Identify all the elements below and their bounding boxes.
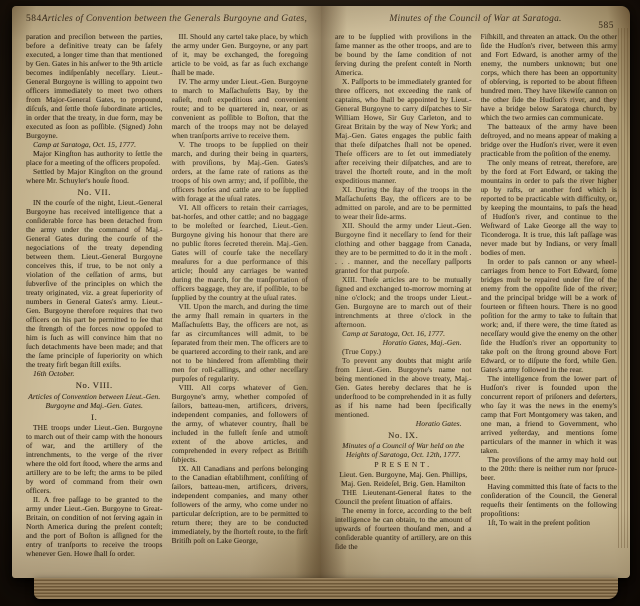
paragraph: Fiſhkill, and threaten an attack. On the… [481,32,618,122]
left-page-columns: paration and preciſion between the parti… [12,31,321,572]
paragraph: X. Paſſports to be immediately granted f… [335,77,472,185]
paragraph: Horatio Gates. [335,419,472,428]
paragraph: THE Lieutenant-General ſtates to the Cou… [335,488,472,506]
paragraph: are to be ſupplied with proviſions in th… [335,32,472,77]
paragraph: To prevent any doubts that might ariſe f… [335,356,472,419]
paragraph: Lieut. Gen. Burgoyne, Maj. Gen. Phillips… [335,470,472,488]
paragraph: IX. All Canadians and perſons belonging … [172,464,309,545]
paragraph: V. The troops to be ſupplied on their ma… [172,140,309,203]
left-page-column-1: paration and preciſion between the parti… [26,32,163,572]
paragraph: Camp at Saratoga, Oct. 16, 1777. [335,329,472,338]
left-page-header: 584 Articles of Convention between the G… [26,14,307,28]
paragraph: VIII. All corps whatever of Gen. Burgoyn… [172,383,309,464]
right-page-column-2: Fiſhkill, and threaten an attack. On the… [481,32,618,572]
paragraph: IN the courſe of the night, Lieut.-Gener… [26,198,163,369]
paragraph: (True Copy.) [335,347,472,356]
left-page-number: 584 [26,14,42,24]
paragraph: The proviſions of the army may hold out … [481,455,618,482]
paragraph: No. VII. [26,187,163,197]
bottom-page-edges [34,578,618,599]
paragraph: THE troops under Lieut.-Gen. Burgoyne to… [26,423,163,495]
paragraph: IV. The army under Lieut.-Gen. Burgoyne … [172,77,309,140]
book-photo: 584 Articles of Convention between the G… [0,0,640,606]
paragraph: No. VIII. [26,380,163,390]
left-page: 584 Articles of Convention between the G… [12,6,321,578]
open-book-spread: 584 Articles of Convention between the G… [12,6,630,578]
paragraph: Camp at Saratoga, Oct. 15, 1777. [26,140,163,149]
paragraph: Major Kingſton has authority to ſettle t… [26,149,163,167]
paragraph: XIII. Theſe articles are to be mutually … [335,275,472,329]
paragraph: 1ſt, To wait in the preſent poſition [481,518,618,527]
paragraph: The only means of retreat, therefore, ar… [481,158,618,257]
right-page-number: 585 [598,21,614,31]
right-page-column-1: are to be ſupplied with proviſions in th… [335,32,472,572]
paragraph: The batteaux of the army have been deſtr… [481,122,618,158]
paragraph: PRESENT. [335,460,472,469]
paragraph: Horatio Gates, Maj.-Gen. [335,338,472,347]
left-running-head: Articles of Convention between the Gener… [42,14,307,24]
paragraph: XI. During the ſtay of the troops in the… [335,185,472,221]
paragraph: Having committed this ſtate of facts to … [481,482,618,518]
right-page-header: Minutes of the Council of War at Saratog… [335,14,616,28]
paragraph: The enemy in force, according to the beſ… [335,506,472,551]
left-page-column-2: III. Should any cartel take place, by wh… [172,32,309,572]
paragraph: III. Should any cartel take place, by wh… [172,32,309,77]
paragraph: Articles of Convention between Lieut.-Ge… [26,392,163,410]
right-page: Minutes of the Council of War at Saratog… [321,6,630,578]
paragraph: paration and preciſion between the parti… [26,32,163,140]
right-running-head: Minutes of the Council of War at Saratog… [335,14,616,24]
paragraph: I. [26,412,163,422]
paragraph: VI. All officers to retain their carriag… [172,203,309,302]
paragraph: VII. Upon the march, and during the time… [172,302,309,383]
paragraph: Minutes of a Council of War held on the … [335,441,472,459]
right-page-columns: are to be ſupplied with proviſions in th… [321,31,630,572]
paragraph: No. IX. [335,430,472,440]
paragraph: XII. Should the army under Lieut.-Gen. B… [335,221,472,275]
paragraph: II. A free paſſage to be granted to the … [26,495,163,558]
paragraph: The intelligence from the lower part of … [481,374,618,455]
paragraph: 16th October. [26,369,163,378]
paragraph: In order to paſs cannon or any wheel-car… [481,257,618,374]
paragraph: Settled by Major Kingſton on the ground … [26,167,163,185]
